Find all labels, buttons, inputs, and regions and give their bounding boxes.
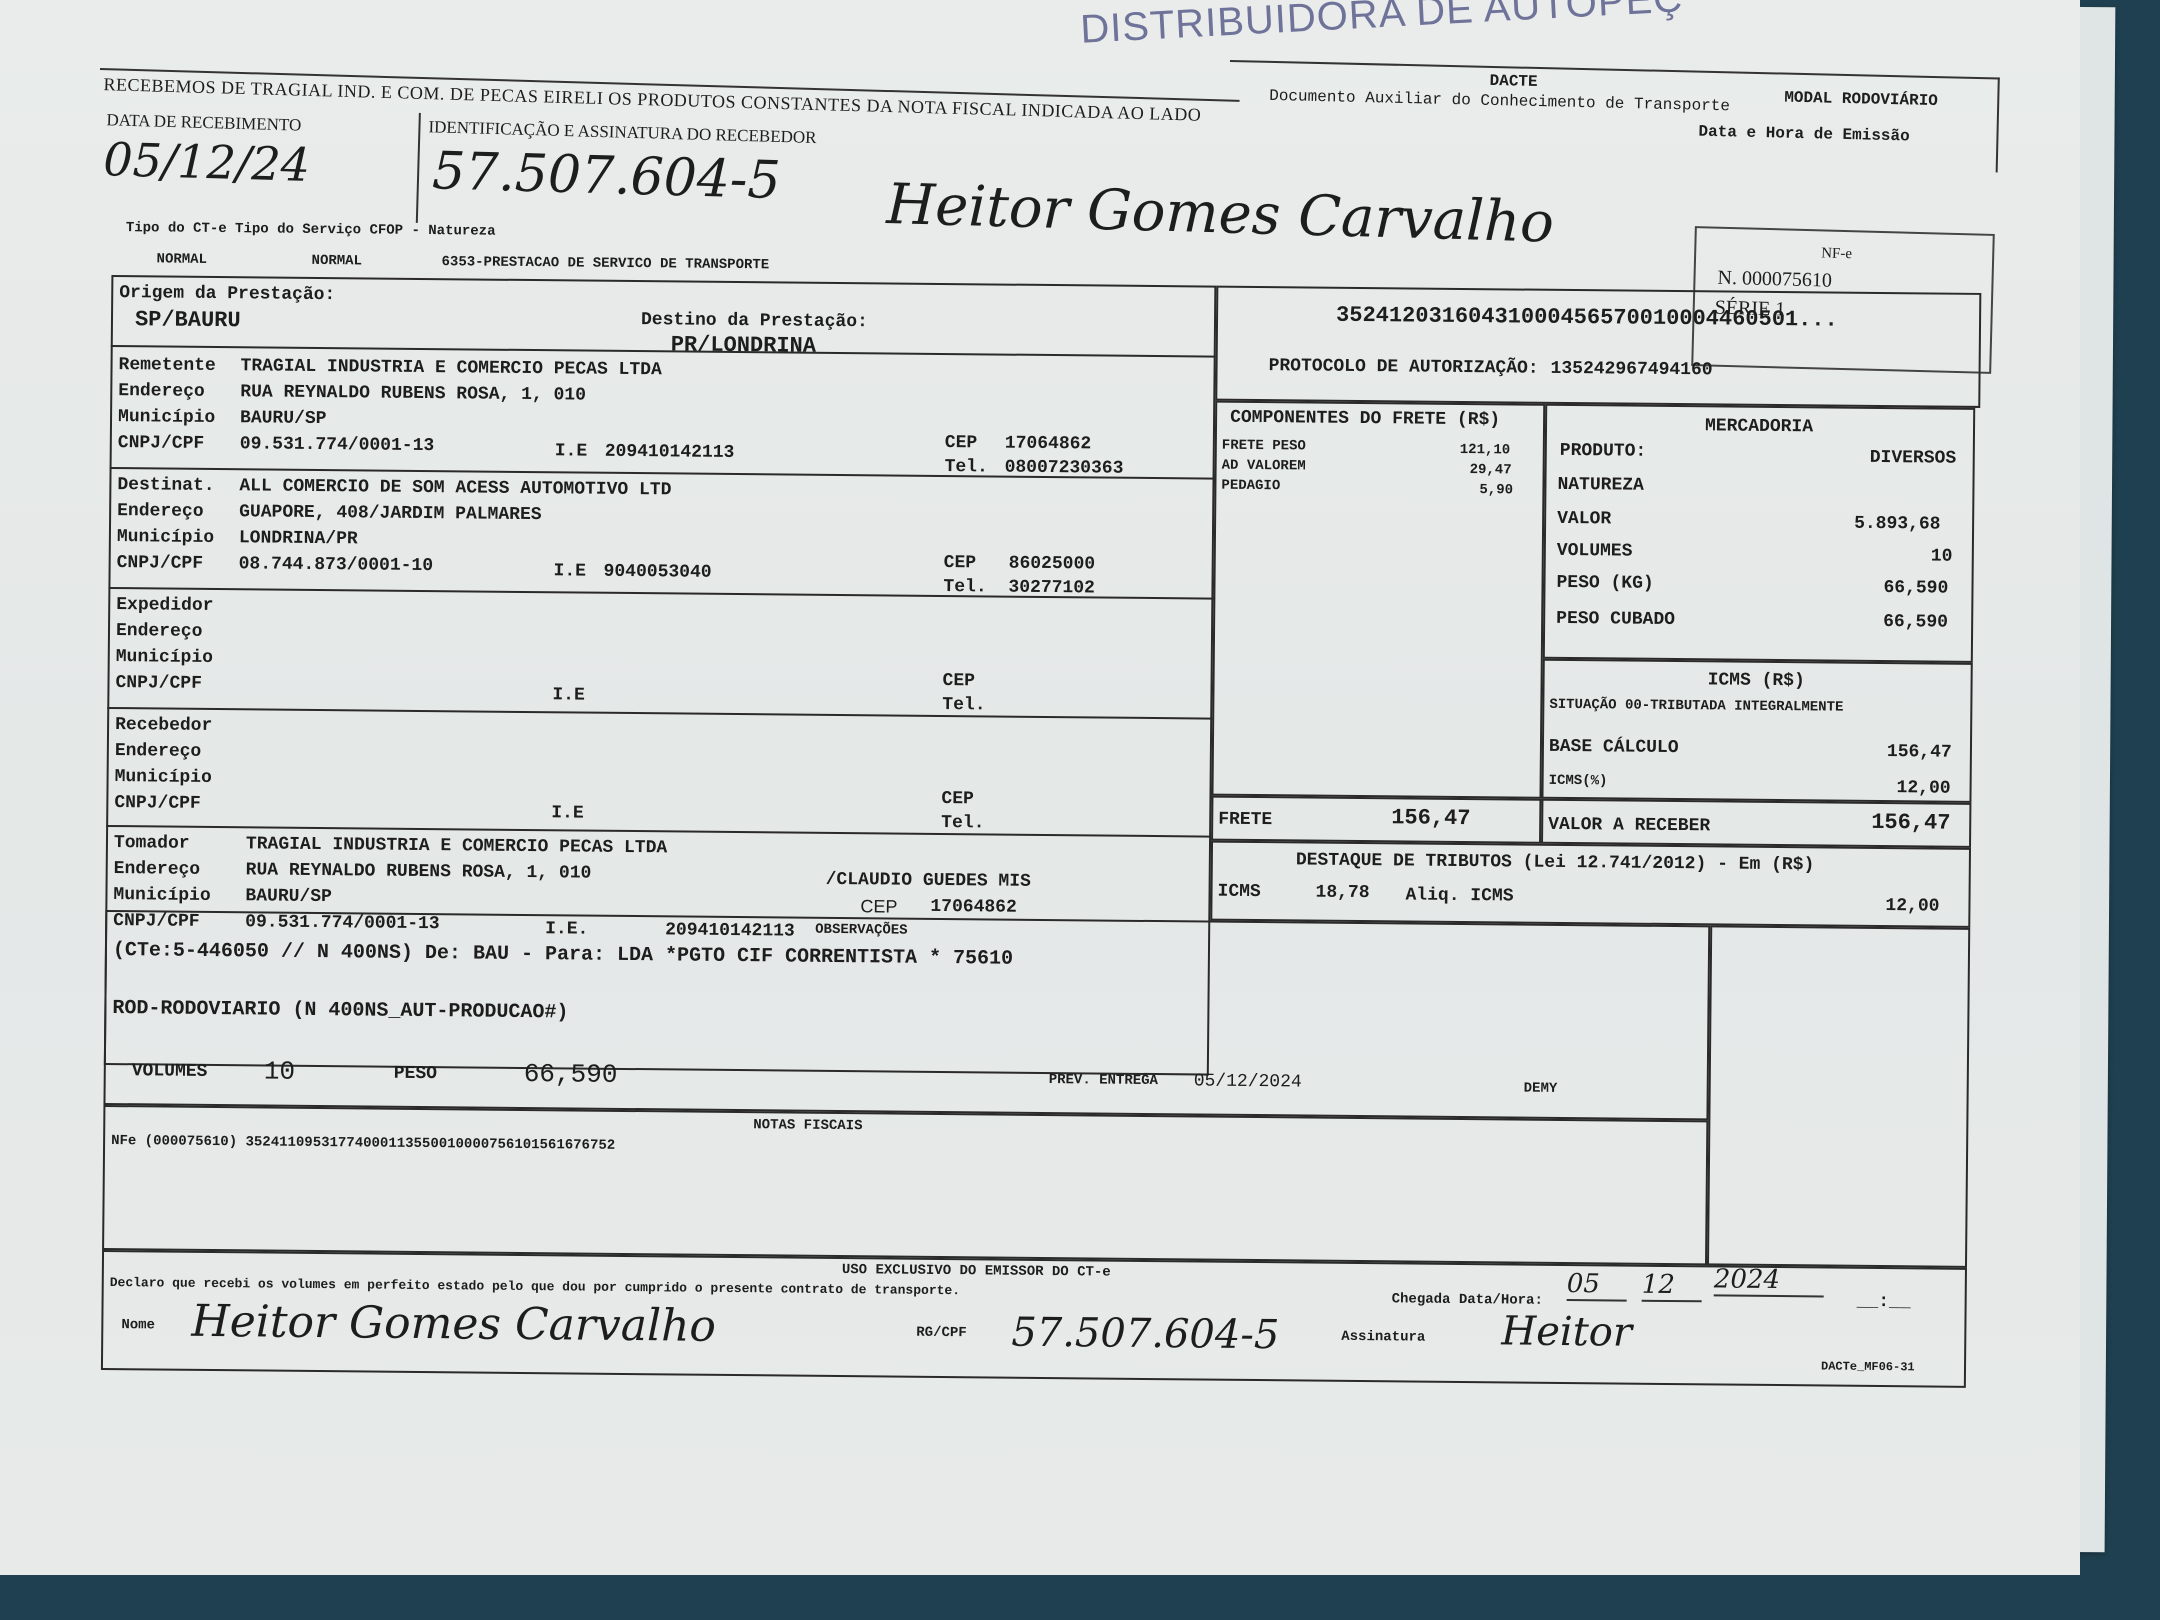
volumes-value: 10 (1931, 546, 1953, 566)
origin-label: Origem da Prestação: (119, 283, 335, 305)
footer-name-label: Nome (121, 1317, 155, 1333)
dacte-header: DACTE Documento Auxiliar do Conhecimento… (1228, 60, 2000, 172)
receiver-doc-label: CNPJ/CPF (114, 793, 201, 814)
recipient-name: ALL COMERCIO DE SOM ACESS AUTOMOTIVO LTD (239, 476, 671, 500)
obs-code: DEMY (1524, 1081, 1558, 1097)
destination-label: Destino da Prestação: (641, 310, 868, 332)
sender-ie: 209410142113 (605, 442, 735, 463)
nature-label: NATUREZA (1557, 475, 1644, 496)
sender-label: Remetente (118, 355, 215, 376)
cte-type-value: NORMAL (156, 251, 207, 267)
sender-cep: 17064862 (1005, 434, 1092, 455)
obs-volumes-value: 10 (264, 1056, 296, 1086)
freight-item-value: 121,10 (1460, 442, 1511, 458)
freight-item-label: FRETE PESO (1222, 438, 1306, 455)
emission-label: Data e Hora de Emissão (1698, 123, 1910, 146)
arrival-year[interactable]: 2024 (1714, 1264, 1824, 1297)
weight-label: PESO (KG) (1556, 573, 1653, 594)
cubed-weight-label: PESO CUBADO (1556, 609, 1675, 630)
recipient-doc-label: CNPJ/CPF (117, 553, 204, 574)
delivery-label: PREV. ENTREGA (1049, 1072, 1158, 1089)
recipient-label: Destinat. (117, 475, 214, 496)
invoices-box (102, 1105, 1708, 1265)
cargo-title: MERCADORIA (1705, 416, 1813, 437)
shipper-ie-label: I.E (552, 685, 585, 705)
footer-doc-value: 57.507.604-5 (1011, 1310, 1279, 1359)
freight-total-label: FRETE (1218, 810, 1272, 831)
recipient-doc: 08.744.873/0001-10 (239, 554, 434, 576)
shipper-address-label: Endereço (116, 621, 203, 642)
payer-address-label: Endereço (114, 859, 201, 880)
obs-weight-label: PESO (394, 1064, 437, 1084)
receiver-label: Recebedor (115, 715, 212, 736)
freight-item-label: AD VALOREM (1222, 458, 1306, 475)
arrival-time[interactable]: __:__ (1857, 1292, 1911, 1313)
freight-title: COMPONENTES DO FRETE (R$) (1230, 408, 1500, 431)
access-key: 35241203160431000456570010004460501... (1336, 303, 1838, 333)
dacte-document: DISTRIBUIDORA DE AUTOPEÇ RECEBEMOS DE TR… (0, 0, 2080, 1575)
tax-aliq-value: 12,00 (1885, 896, 1939, 917)
receivable-label: VALOR A RECEBER (1548, 815, 1710, 837)
icms-base-value: 156,47 (1887, 742, 1952, 763)
product-label: PRODUTO: (1560, 441, 1647, 462)
cte-type-labels: Tipo do CT-e Tipo do Serviço CFOP - Natu… (126, 220, 496, 240)
recipient-ie: 9040053040 (604, 562, 712, 583)
receipt-date-label: DATA DE RECEBIMENTO (106, 110, 301, 135)
tax-icms-label: ICMS (1217, 882, 1260, 902)
form-code: DACTe_MF06-31 (1821, 1359, 1915, 1374)
payer-cep-label: CEP (860, 896, 897, 917)
sender-address-label: Endereço (118, 381, 205, 402)
product-value: DIVERSOS (1870, 448, 1957, 469)
cfop-value: 6353-PRESTACAO DE SERVICO DE TRANSPORTE (441, 254, 769, 273)
footer-name-value: Heitor Gomes Carvalho (191, 1296, 716, 1352)
weight-value: 66,590 (1883, 578, 1948, 599)
sender-cep-label: CEP (945, 433, 978, 453)
receiver-ie-label: I.E (551, 803, 584, 823)
modal-label: MODAL RODOVIÁRIO (1784, 89, 1938, 110)
icms-situation: SITUAÇÃO 00-TRIBUTADA INTEGRALMENTE (1549, 697, 1843, 716)
sender-name: TRAGIAL INDUSTRIA E COMERCIO PECAS LTDA (240, 356, 661, 380)
divider (416, 113, 421, 223)
access-key-box (1215, 286, 1981, 408)
icms-rate-value: 12,00 (1896, 778, 1950, 799)
recipient-address: GUAPORE, 408/JARDIM PALMARES (239, 502, 542, 525)
protocol-label: PROTOCOLO DE AUTORIZAÇÃO: (1269, 356, 1539, 379)
recipient-ie-label: I.E (554, 561, 587, 581)
sender-city: BAURU/SP (240, 408, 327, 429)
delivery-date: 05/12/2024 (1194, 1071, 1302, 1092)
sender-city-label: Município (118, 407, 215, 428)
dacte-subtitle: Documento Auxiliar do Conhecimento de Tr… (1269, 87, 1730, 115)
receivable-value: 156,47 (1871, 810, 1950, 836)
reserved-box (1707, 925, 1970, 1267)
shipper-label: Expedidor (116, 595, 213, 616)
payer-city: BAURU/SP (245, 886, 332, 907)
cubed-weight-value: 66,590 (1883, 612, 1948, 633)
invoices-title: NOTAS FISCAIS (753, 1117, 862, 1134)
shipper-doc-label: CNPJ/CPF (115, 673, 202, 694)
cte-form: Tipo do CT-e Tipo do Serviço CFOP - Natu… (101, 215, 1982, 1413)
freight-item-label: PEDAGIO (1221, 478, 1280, 495)
recipient-address-label: Endereço (117, 501, 204, 522)
payer-address: RUA REYNALDO RUBENS ROSA, 1, 010 (246, 860, 592, 883)
arrival-label: Chegada Data/Hora: (1392, 1291, 1543, 1308)
recipient-cep: 86025000 (1009, 554, 1096, 575)
receiver-cep-label: CEP (941, 789, 974, 809)
footer-doc-label: RG/CPF (916, 1325, 967, 1341)
freight-total-value: 156,47 (1391, 805, 1470, 831)
icms-rate-label: ICMS(%) (1549, 773, 1608, 790)
protocol-value: 135242967494160 (1550, 359, 1712, 381)
sender-doc-label: CNPJ/CPF (118, 433, 205, 454)
payer-label: Tomador (114, 833, 190, 854)
obs-volumes-label: VOLUMES (132, 1061, 208, 1082)
cargo-value-label: VALOR (1557, 509, 1611, 530)
receipt-date-value: 05/12/24 (103, 132, 311, 192)
footer-signature: Heitor (1501, 1308, 1632, 1355)
recipient-city-label: Município (117, 527, 214, 548)
arrival-month[interactable]: 12 (1642, 1270, 1702, 1303)
sender-ie-label: I.E (555, 441, 588, 461)
tax-aliq-label: Aliq. ICMS (1405, 885, 1513, 906)
footer-sign-label: Assinatura (1341, 1329, 1425, 1346)
freight-item-value: 5,90 (1479, 482, 1513, 498)
payer-address-complement: /CLAUDIO GUEDES MIS (826, 870, 1031, 892)
receiver-tel-label: Tel. (941, 813, 984, 833)
destination-value: PR/LONDRINA (671, 332, 816, 358)
shipper-tel-label: Tel. (942, 695, 985, 715)
receiver-id-value: 57.507.604-5 (431, 141, 781, 211)
receiver-address-label: Endereço (115, 741, 202, 762)
sender-doc: 09.531.774/0001-13 (240, 434, 435, 456)
company-stamp: DISTRIBUIDORA DE AUTOPEÇ (1079, 0, 1684, 53)
payer-city-label: Município (113, 885, 210, 906)
obs-weight-value: 66,590 (524, 1059, 618, 1090)
icms-base-label: BASE CÁLCULO (1549, 737, 1679, 758)
shipper-cep-label: CEP (942, 671, 975, 691)
recipient-city: LONDRINA/PR (239, 528, 358, 549)
volumes-label: VOLUMES (1557, 541, 1633, 562)
tax-icms-value: 18,78 (1315, 883, 1369, 904)
freight-item-value: 29,47 (1470, 462, 1512, 478)
sender-address: RUA REYNALDO RUBENS ROSA, 1, 010 (240, 382, 586, 405)
payer-name: TRAGIAL INDUSTRIA E COMERCIO PECAS LTDA (246, 834, 667, 858)
receiver-city-label: Município (115, 767, 212, 788)
observation-line-2: ROD-RODOVIARIO (N 400NS_AUT-PRODUCAO#) (112, 997, 568, 1024)
observations-title: OBSERVAÇÕES (815, 922, 908, 939)
service-type-value: NORMAL (311, 253, 362, 269)
origin-value: SP/BAURU (135, 307, 241, 333)
icms-title: ICMS (R$) (1708, 670, 1805, 691)
footer-title: USO EXCLUSIVO DO EMISSOR DO CT-e (842, 1262, 1111, 1281)
shipper-city-label: Município (116, 647, 213, 668)
dacte-title: DACTE (1489, 72, 1537, 91)
cargo-value: 5.893,68 (1854, 514, 1941, 535)
arrival-day[interactable]: 05 (1567, 1269, 1627, 1302)
payer-cep: 17064862 (930, 897, 1017, 918)
recipient-cep-label: CEP (944, 553, 977, 573)
